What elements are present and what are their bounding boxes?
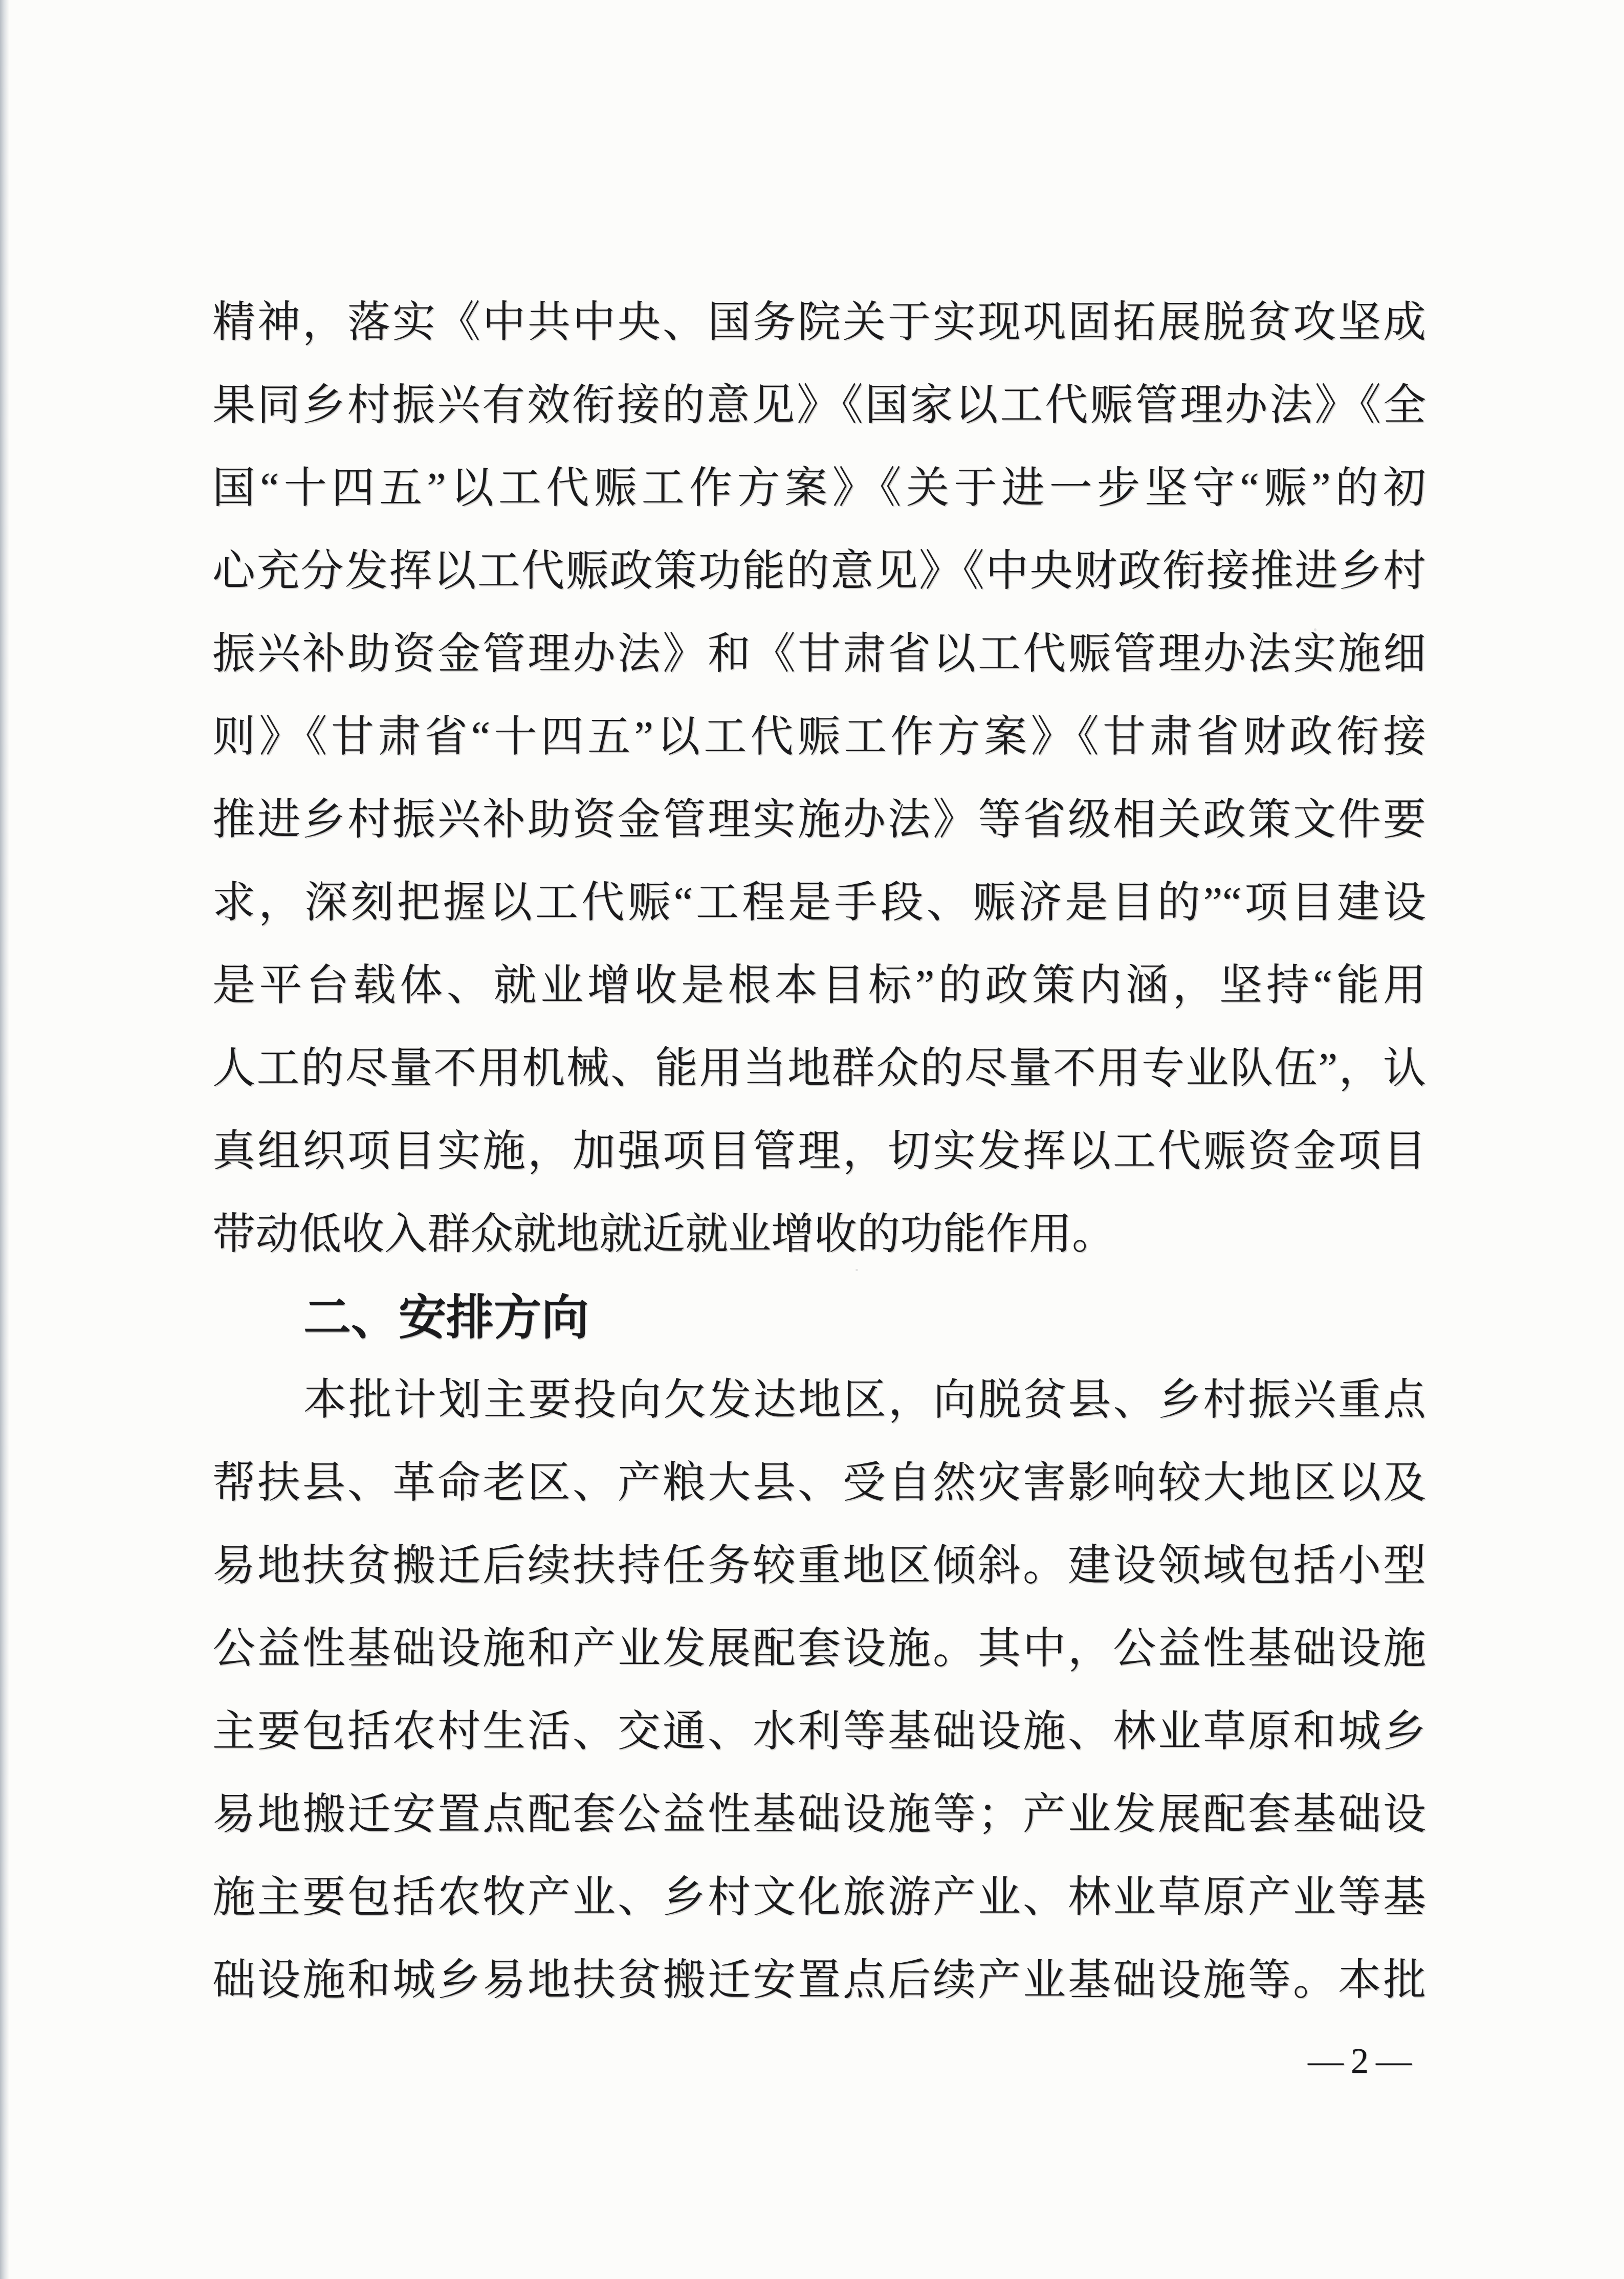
body-text: 精神，落实《中共中央、国务院关于实现巩固拓展脱贫攻坚成 果同乡村振兴有效衔接的意… [212, 281, 1426, 2022]
scan-edge-shadow [0, 0, 9, 2279]
body-line: 果同乡村振兴有效衔接的意见》《国家以工代赈管理办法》《全 [212, 364, 1426, 447]
body-line-paragraph-start: 本批计划主要投向欠发达地区，向脱贫县、乡村振兴重点 [212, 1359, 1426, 1442]
body-line: 础设施和城乡易地扶贫搬迁安置点后续产业基础设施等。本批 [212, 1939, 1426, 2022]
body-line: 是平台载体、就业增收是根本目标”的政策内涵，坚持“能用 [212, 945, 1426, 1027]
page-number: —2— [1308, 2039, 1419, 2085]
body-line: 帮扶县、革命老区、产粮大县、受自然灾害影响较大地区以及 [212, 1442, 1426, 1525]
body-line: 人工的尽量不用机械、能用当地群众的尽量不用专业队伍”，认 [212, 1027, 1426, 1110]
body-line-paragraph-end: 带动低收入群众就地就近就业增收的功能作用。 [212, 1193, 1426, 1276]
body-line: 则》《甘肃省“十四五”以工代赈工作方案》《甘肃省财政衔接 [212, 696, 1426, 779]
body-line: 易地扶贫搬迁后续扶持任务较重地区倾斜。建设领域包括小型 [212, 1525, 1426, 1608]
body-line: 公益性基础设施和产业发展配套设施。其中，公益性基础设施 [212, 1608, 1426, 1691]
body-line: 易地搬迁安置点配套公益性基础设施等；产业发展配套基础设 [212, 1773, 1426, 1856]
body-line: 推进乡村振兴补助资金管理实施办法》等省级相关政策文件要 [212, 779, 1426, 862]
body-line: 求，深刻把握以工代赈“工程是手段、赈济是目的”“项目建设 [212, 862, 1426, 945]
body-line: 心充分发挥以工代赈政策功能的意见》《中央财政衔接推进乡村 [212, 530, 1426, 613]
body-line: 精神，落实《中共中央、国务院关于实现巩固拓展脱贫攻坚成 [212, 281, 1426, 364]
body-line: 真组织项目实施，加强项目管理，切实发挥以工代赈资金项目 [212, 1110, 1426, 1193]
section-heading: 二、安排方向 [212, 1276, 1426, 1359]
document-page: 精神，落实《中共中央、国务院关于实现巩固拓展脱贫攻坚成 果同乡村振兴有效衔接的意… [0, 0, 1624, 2279]
body-line: 国“十四五”以工代赈工作方案》《关于进一步坚守“赈”的初 [212, 447, 1426, 530]
body-line: 施主要包括农牧产业、乡村文化旅游产业、林业草原产业等基 [212, 1856, 1426, 1939]
body-line: 振兴补助资金管理办法》和《甘肃省以工代赈管理办法实施细 [212, 613, 1426, 696]
body-line: 主要包括农村生活、交通、水利等基础设施、林业草原和城乡 [212, 1691, 1426, 1773]
